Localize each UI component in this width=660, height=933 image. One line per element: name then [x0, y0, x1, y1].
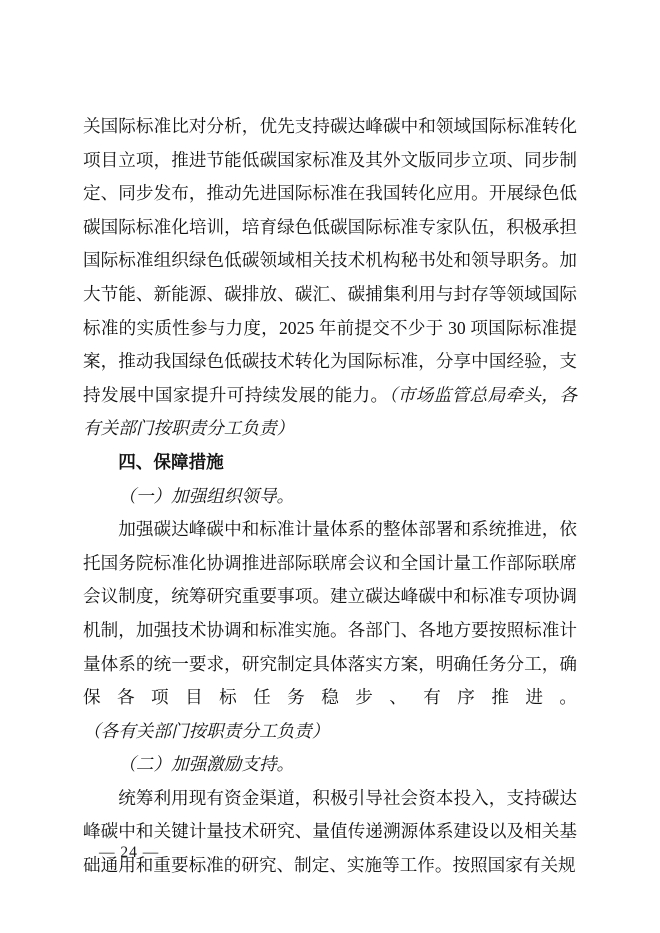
document-body: 关国际标准比对分析，优先支持碳达峰碳中和领域国际标准转化项目立项，推进节能低碳国… — [83, 110, 577, 883]
paragraph-subsection-1: 加强碳达峰碳中和标准计量体系的整体部署和系统推进，依托国务院标准化协调推进部际联… — [83, 513, 577, 748]
paragraph-continuation-text: 关国际标准比对分析，优先支持碳达峰碳中和领域国际标准转化项目立项，推进节能低碳国… — [83, 116, 577, 405]
paragraph-subsection-2: 统筹利用现有资金渠道，积极引导社会资本投入，支持碳达峰碳中和关键计量技术研究、量… — [83, 782, 577, 883]
paragraph-subsection-1-text: 加强碳达峰碳中和标准计量体系的整体部署和系统推进，依托国务院标准化协调推进部际联… — [83, 519, 577, 707]
responsibility-attribution: （各有关部门按职责分工负责） — [83, 721, 329, 741]
section-heading: 四、保障措施 — [83, 446, 577, 480]
subsection-1-heading: （一）加强组织领导。 — [83, 480, 577, 514]
document-page: 关国际标准比对分析，优先支持碳达峰碳中和领域国际标准转化项目立项，推进节能低碳国… — [0, 0, 660, 933]
paragraph-continuation: 关国际标准比对分析，优先支持碳达峰碳中和领域国际标准转化项目立项，推进节能低碳国… — [83, 110, 577, 446]
page-number: — 24 — — [99, 843, 159, 863]
subsection-2-heading: （二）加强激励支持。 — [83, 748, 577, 782]
